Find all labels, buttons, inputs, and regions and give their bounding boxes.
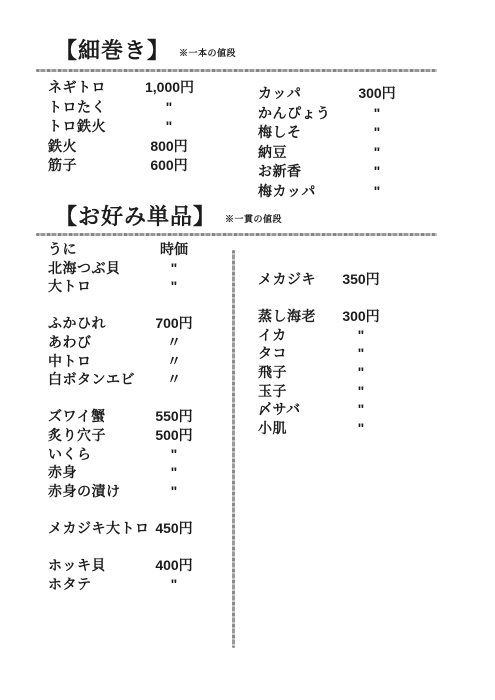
menu-item-row: 梅カッパ ": [258, 182, 399, 202]
section-hosomaki-note: ※一本の値段: [179, 46, 236, 62]
menu-item-price: ": [150, 445, 198, 464]
menu-item-name: 蒸し海老: [258, 307, 340, 326]
menu-item-name: 梅しそ: [258, 123, 355, 143]
menu-item-price: 550円: [150, 407, 198, 426]
menu-item-price: ": [150, 277, 198, 296]
menu-item-price: 300円: [340, 307, 382, 326]
hosomaki-left-column: ネギトロ 1,000円 トロたく " トロ鉄火 " 鉄火 800円 筋子 600…: [48, 78, 193, 176]
menu-item-price: ": [145, 98, 193, 118]
menu-item-price: 600円: [145, 156, 193, 176]
menu-item-row: 玉子 ": [258, 382, 382, 401]
column-divider: [232, 250, 235, 648]
menu-item-price: 400円: [150, 556, 198, 575]
menu-item-price: ": [355, 182, 399, 202]
menu-item-name: ホタテ: [48, 575, 150, 594]
menu-item-row: カッパ 300円: [258, 84, 399, 104]
menu-item-row: ネギトロ 1,000円: [48, 78, 193, 98]
menu-item-name: タコ: [258, 344, 340, 363]
menu-item-price: ": [150, 463, 198, 482]
menu-item-price: 〃: [150, 333, 198, 352]
menu-item-name: メカジキ大トロ: [48, 519, 150, 538]
menu-item-price: ": [340, 326, 382, 345]
menu-item-name: 玉子: [258, 382, 340, 401]
menu-item-row: トロ鉄火 ": [48, 117, 193, 137]
hosomaki-right-column: カッパ 300円 かんぴょう " 梅しそ " 納豆 " お新香 " 梅カッパ ": [258, 84, 399, 202]
menu-item-price: ": [355, 123, 399, 143]
section-hosomaki-rule: [36, 69, 437, 72]
menu-item-row: イカ ": [258, 326, 382, 345]
menu-item-price: 450円: [150, 519, 198, 538]
menu-item-row: あわび 〃: [48, 333, 198, 352]
menu-item-row: トロたく ": [48, 98, 193, 118]
menu-item-price: 1,000円: [145, 78, 193, 98]
menu-item-name: 大トロ: [48, 277, 150, 296]
menu-item-name: かんぴょう: [258, 104, 355, 124]
menu-item-price: ": [150, 259, 198, 278]
section-hosomaki-title: 【細巻き】: [55, 40, 170, 62]
menu-item-row: かんぴょう ": [258, 104, 399, 124]
section-alacarte-rule: [36, 233, 437, 236]
menu-item-name: 赤身: [48, 463, 150, 482]
menu-item-name: ズワイ蟹: [48, 407, 150, 426]
menu-item-row: 梅しそ ": [258, 123, 399, 143]
menu-item-row: 筋子 600円: [48, 156, 193, 176]
section-alacarte-title: 【お好み単品】: [55, 206, 216, 228]
menu-item-row: ホタテ ": [48, 575, 198, 594]
menu-item-price: ": [355, 143, 399, 163]
menu-item-name: うに: [48, 240, 150, 259]
menu-item-row: 小肌 ": [258, 419, 382, 438]
menu-item-name: 赤身の漬け: [48, 482, 150, 501]
menu-item-name: ホッキ貝: [48, 556, 150, 575]
menu-item-price: ": [150, 482, 198, 501]
menu-item-price: ": [340, 344, 382, 363]
menu-item-price: 〃: [150, 352, 198, 371]
menu-item-row: うに 時価: [48, 240, 198, 259]
menu-item-row: ふかひれ 700円: [48, 314, 198, 333]
menu-item-row: メカジキ 350円: [258, 270, 382, 289]
menu-item-name: 飛子: [258, 363, 340, 382]
alacarte-left-column: うに 時価 北海つぶ貝 " 大トロ " ふかひれ 700円 あわび 〃 中トロ …: [48, 240, 198, 593]
menu-item-name: 白ボタンエビ: [48, 370, 150, 389]
menu-item-name: ふかひれ: [48, 314, 150, 333]
alacarte-right-column: メカジキ 350円 蒸し海老 300円 イカ " タコ " 飛子 " 玉子 " …: [258, 270, 382, 437]
menu-item-price: 時価: [150, 240, 198, 259]
menu-item-row: 納豆 ": [258, 143, 399, 163]
menu-item-name: あわび: [48, 333, 150, 352]
menu-item-name: 〆サバ: [258, 400, 340, 419]
menu-item-price: 800円: [145, 137, 193, 157]
menu-item-name: ネギトロ: [48, 78, 145, 98]
menu-item-price: ": [150, 575, 198, 594]
section-alacarte-header: 【お好み単品】 ※一貫の値段: [55, 206, 282, 228]
menu-item-name: カッパ: [258, 84, 355, 104]
menu-item-row: メカジキ大トロ 450円: [48, 519, 198, 538]
menu-item-row: 白ボタンエビ 〃: [48, 370, 198, 389]
menu-item-price: 350円: [340, 270, 382, 289]
menu-item-row: 赤身 ": [48, 463, 198, 482]
menu-item-name: トロ鉄火: [48, 117, 145, 137]
menu-item-price: ": [340, 400, 382, 419]
menu-item-row: 大トロ ": [48, 277, 198, 296]
menu-item-price: 700円: [150, 314, 198, 333]
menu-item-name: メカジキ: [258, 270, 340, 289]
menu-item-row: 北海つぶ貝 ": [48, 259, 198, 278]
menu-item-price: 300円: [355, 84, 399, 104]
menu-item-price: 〃: [150, 370, 198, 389]
menu-item-price: ": [355, 162, 399, 182]
menu-item-name: 中トロ: [48, 352, 150, 371]
menu-item-price: ": [340, 419, 382, 438]
menu-item-row: タコ ": [258, 344, 382, 363]
menu-item-row: お新香 ": [258, 162, 399, 182]
menu-item-name: お新香: [258, 162, 355, 182]
menu-page: { "page": { "background": "#ffffff", "te…: [0, 0, 495, 700]
menu-item-name: 炙り穴子: [48, 426, 150, 445]
menu-item-row: ホッキ貝 400円: [48, 556, 198, 575]
menu-item-row: 蒸し海老 300円: [258, 307, 382, 326]
menu-item-price: ": [340, 363, 382, 382]
menu-item-name: 筋子: [48, 156, 145, 176]
menu-item-name: 納豆: [258, 143, 355, 163]
menu-item-price: ": [145, 117, 193, 137]
menu-item-name: 小肌: [258, 419, 340, 438]
menu-item-row: 中トロ 〃: [48, 352, 198, 371]
menu-item-price: 500円: [150, 426, 198, 445]
menu-item-row: 〆サバ ": [258, 400, 382, 419]
menu-item-row: 赤身の漬け ": [48, 482, 198, 501]
menu-item-name: イカ: [258, 326, 340, 345]
menu-item-price: ": [340, 382, 382, 401]
menu-item-name: 梅カッパ: [258, 182, 355, 202]
menu-item-row: 飛子 ": [258, 363, 382, 382]
menu-item-row: 炙り穴子 500円: [48, 426, 198, 445]
menu-item-row: いくら ": [48, 445, 198, 464]
menu-item-price: ": [355, 104, 399, 124]
section-hosomaki-header: 【細巻き】 ※一本の値段: [55, 40, 236, 62]
menu-item-name: 北海つぶ貝: [48, 259, 150, 278]
section-alacarte-note: ※一貫の値段: [225, 212, 282, 228]
menu-item-name: 鉄火: [48, 137, 145, 157]
menu-item-name: いくら: [48, 445, 150, 464]
menu-item-row: ズワイ蟹 550円: [48, 407, 198, 426]
menu-item-row: 鉄火 800円: [48, 137, 193, 157]
menu-item-name: トロたく: [48, 98, 145, 118]
